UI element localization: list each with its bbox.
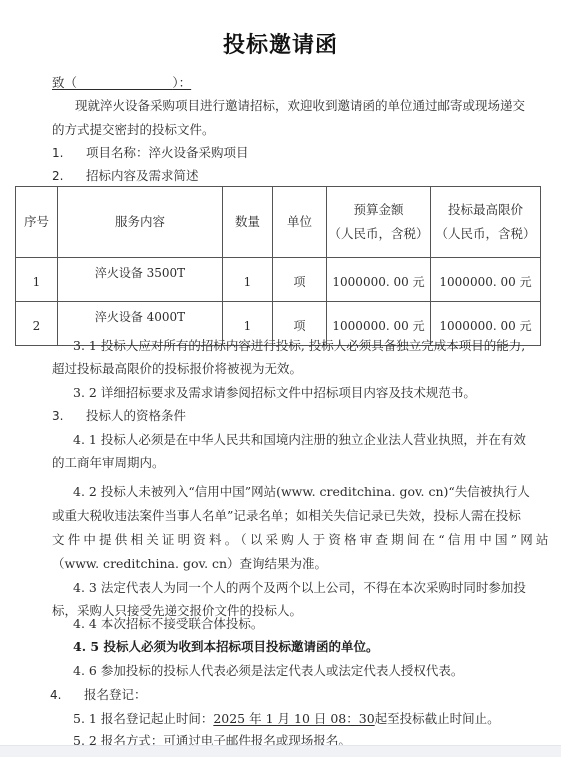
page-bottom-strip	[0, 745, 561, 757]
section-3: 3.投标人的资格条件	[52, 406, 186, 424]
cell-seq: 2	[16, 302, 58, 346]
clause-4-2-line-1: 4. 2 投标人未被列入“信用中国”网站(www. creditchina. g…	[73, 482, 530, 500]
header-seq: 序号	[16, 187, 58, 258]
clause-4-5: 4. 5 投标人必须为收到本招标项目投标邀请函的单位。	[73, 637, 378, 655]
header-max-price: 投标最高限价 （人民币，含税）	[431, 187, 541, 258]
clause-5-1-suffix: 起至投标截止时间止。	[375, 711, 500, 726]
table-row: 1 淬火设备 3500T 1 项 1000000. 00 元 1000000. …	[16, 258, 541, 302]
table-header-row: 序号 服务内容 数量 单位 预算金额 （人民币，含税） 投标最高限价 （人民币，…	[16, 187, 541, 258]
intro-line-1: 现就淬火设备采购项目进行邀请招标，欢迎收到邀请函的单位通过邮寄或现场递交	[75, 96, 525, 114]
header-service: 服务内容	[58, 187, 223, 258]
cell-max-price: 1000000. 00 元	[431, 258, 541, 302]
section-text: 招标内容及需求简述	[86, 168, 199, 183]
clause-3-2: 3. 2 详细招标要求及需求请参阅招标文件中招标项目内容及技术规范书。	[73, 383, 476, 401]
header-budget-line2: （人民币，含税）	[327, 222, 430, 246]
registration-start-date: 2025 年 1 月 10 日 08：30	[213, 711, 374, 726]
section-1: 1.项目名称：淬火设备采购项目	[52, 143, 249, 161]
header-max-line2: （人民币，含税）	[431, 222, 540, 246]
intro-line-2: 的方式提交密封的投标文件。	[52, 120, 215, 138]
section-number: 1.	[52, 146, 86, 160]
cell-seq: 1	[16, 258, 58, 302]
section-4: 4.报名登记：	[50, 685, 147, 703]
document-page: 投标邀请函 致（ ）： 现就淬火设备采购项目进行邀请招标，欢迎收到邀请函的单位通…	[0, 0, 561, 745]
header-budget-line1: 预算金额	[327, 198, 430, 222]
header-budget: 预算金额 （人民币，含税）	[327, 187, 431, 258]
bid-items-table: 序号 服务内容 数量 单位 预算金额 （人民币，含税） 投标最高限价 （人民币，…	[15, 186, 541, 346]
clause-4-1-line-2: 的工商年审周期内。	[52, 453, 165, 471]
header-max-line1: 投标最高限价	[431, 198, 540, 222]
addressee-suffix: ）：	[172, 75, 191, 90]
clause-4-2-line-2: 或重大税收违法案件当事人名单”记录名单；如相关失信记录已失效，投标人需在投标	[52, 506, 521, 524]
cell-qty: 1	[223, 258, 273, 302]
section-text: 投标人的资格条件	[86, 408, 186, 423]
section-text: 报名登记：	[84, 687, 147, 702]
document-title: 投标邀请函	[0, 28, 561, 59]
header-qty: 数量	[223, 187, 273, 258]
clause-4-6: 4. 6 参加投标的投标人代表必须是法定代表人或法定代表人授权代表。	[73, 661, 463, 679]
cell-service: 淬火设备 3500T	[58, 258, 223, 302]
clause-4-3-line-1: 4. 3 法定代表人为同一个人的两个及两个以上公司，不得在本次采购时同时参加投	[73, 578, 526, 596]
addressee-line: 致（ ）：	[52, 73, 191, 91]
clause-3-1-line-1: 3. 1 投标人应对所有的招标内容进行投标, 投标人必须具备独立完成本项目的能力…	[73, 336, 525, 354]
cell-budget: 1000000. 00 元	[327, 258, 431, 302]
clause-4-2-line-4: （www. creditchina. gov. cn）查询结果为准。	[52, 554, 327, 572]
clause-4-1-line-1: 4. 1 投标人必须是在中华人民共和国境内注册的独立企业法人营业执照，并在有效	[73, 430, 526, 448]
clause-3-1-line-2: 超过投标最高限价的投标报价将被视为无效。	[52, 359, 302, 377]
addressee-prefix: 致（	[52, 75, 77, 90]
clause-4-4: 4. 4 本次招标不接受联合体投标。	[73, 614, 263, 632]
section-number: 2.	[52, 169, 86, 183]
section-2: 2.招标内容及需求简述	[52, 166, 199, 184]
section-text: 项目名称：淬火设备采购项目	[86, 145, 249, 160]
section-number: 3.	[52, 409, 86, 423]
clause-4-2-line-3: 文件中提供相关证明资料。（以采购人于资格审查期间在“信用中国”网站	[52, 530, 552, 548]
section-number: 4.	[50, 688, 84, 702]
clause-5-1: 5. 1 报名登记起止时间：2025 年 1 月 10 日 08：30起至投标截…	[73, 709, 500, 727]
addressee-blank	[77, 75, 172, 90]
cell-unit: 项	[273, 258, 327, 302]
header-unit: 单位	[273, 187, 327, 258]
clause-5-1-prefix: 5. 1 报名登记起止时间：	[73, 711, 213, 726]
